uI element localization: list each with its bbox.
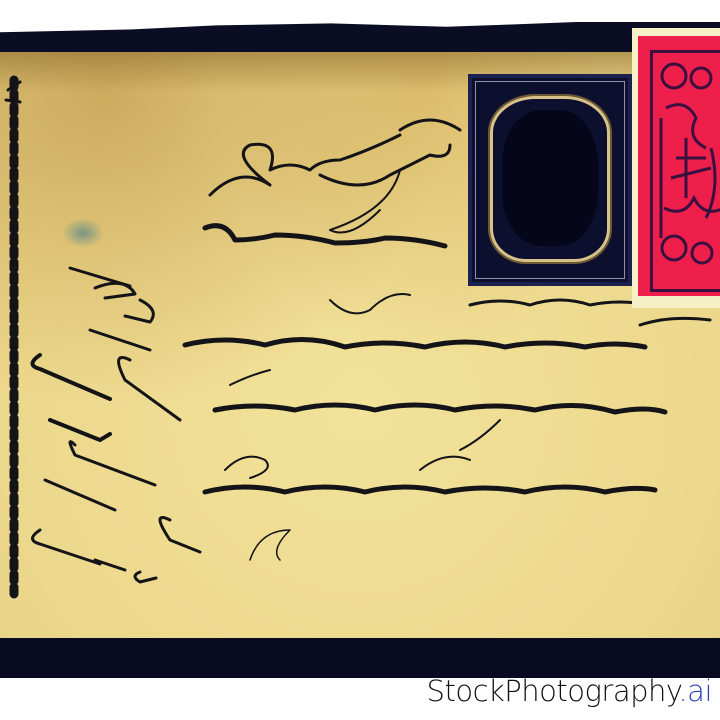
ornament-pattern bbox=[656, 58, 720, 278]
red-postage-stamp bbox=[632, 28, 720, 308]
watermark-prefix: StockPhotography bbox=[427, 674, 679, 708]
dark-postage-stamp bbox=[468, 74, 632, 286]
stamp-center bbox=[502, 110, 598, 246]
watermark-suffix: .ai bbox=[678, 674, 712, 708]
envelope-photo: StockPhotography.ai bbox=[0, 0, 720, 720]
watermark: StockPhotography.ai bbox=[427, 674, 712, 708]
